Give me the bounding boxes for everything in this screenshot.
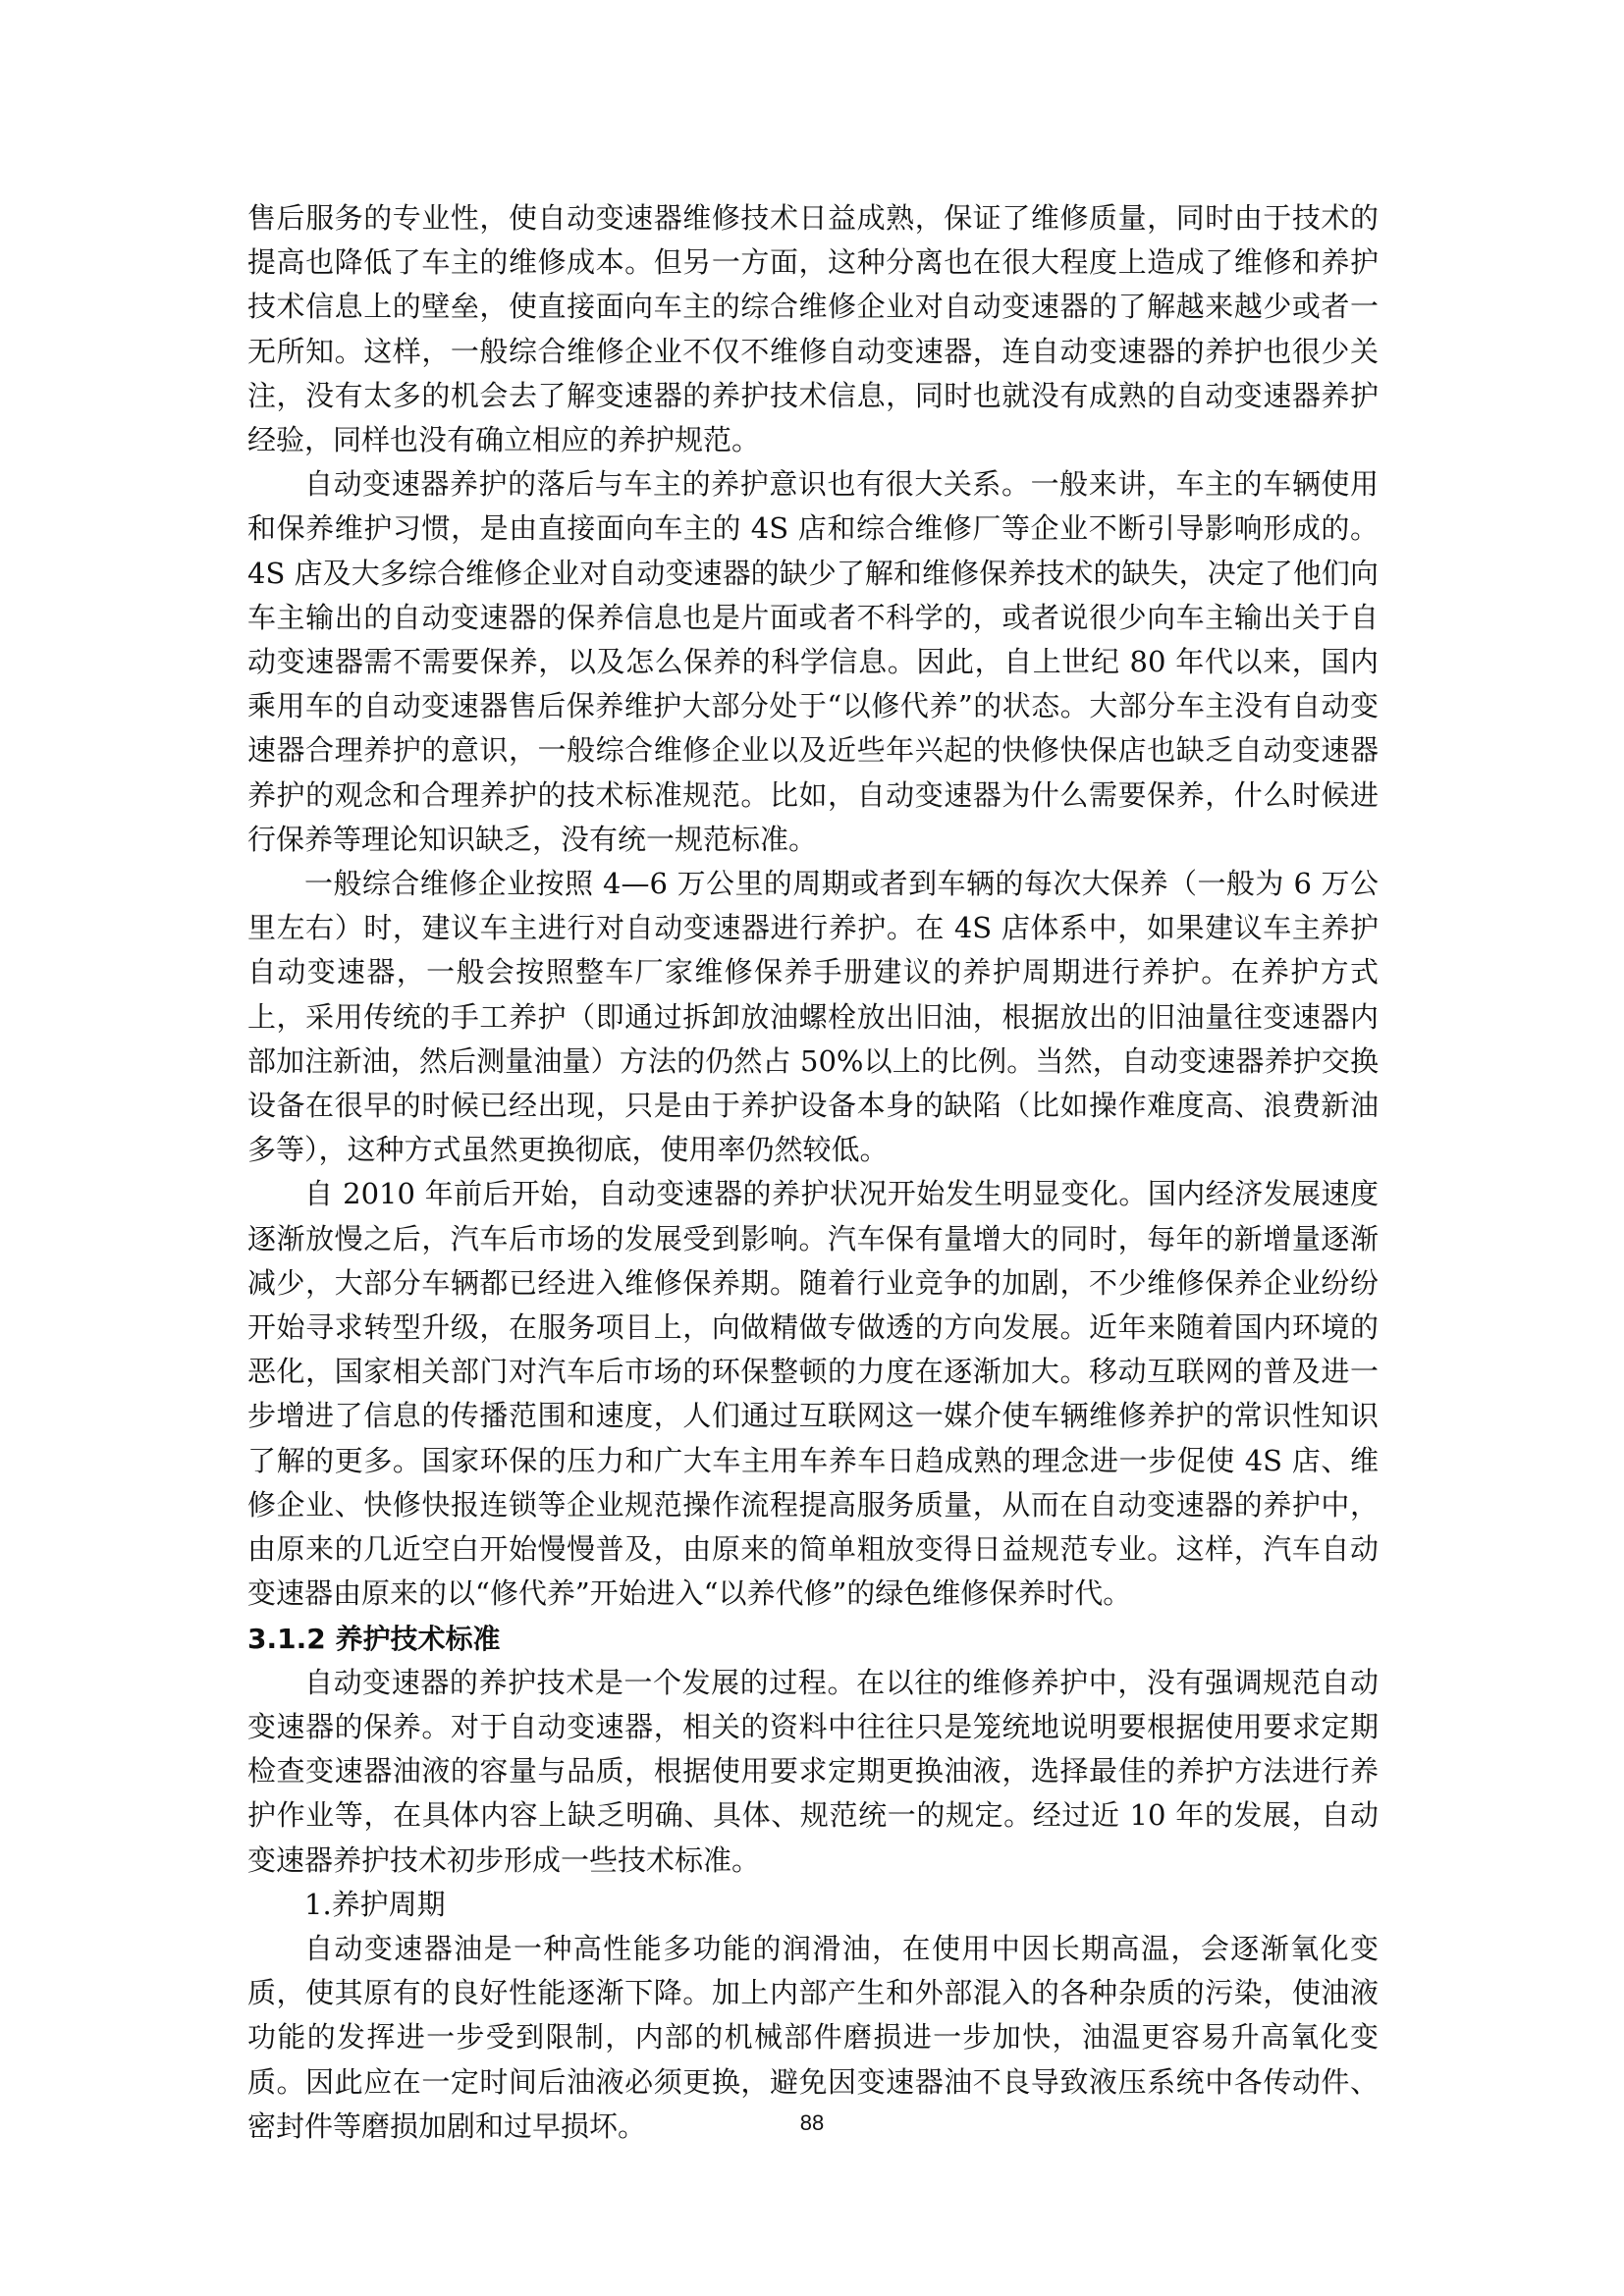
page-number: 88 [0, 2110, 1624, 2136]
subheading: 1.养护周期 [247, 1883, 1379, 1927]
paragraph-since-2010: 自 2010 年前后开始，自动变速器的养护状况开始发生明显变化。国内经济发展速度… [247, 1172, 1379, 1616]
paragraph-maintenance-cycle: 一般综合维修企业按照 4—6 万公里的周期或者到车辆的每次大保养（一般为 6 万… [247, 862, 1379, 1172]
paragraph-owner-awareness: 自动变速器养护的落后与车主的养护意识也有很大关系。一般来讲，车主的车辆使用和保养… [247, 462, 1379, 862]
document-page: 售后服务的专业性，使自动变速器维修技术日益成熟，保证了维修质量，同时由于技术的提… [247, 196, 1379, 2149]
paragraph-tech-standard: 自动变速器的养护技术是一个发展的过程。在以往的维修养护中，没有强调规范自动变速器… [247, 1661, 1379, 1883]
paragraph-continuation: 售后服务的专业性，使自动变速器维修技术日益成熟，保证了维修质量，同时由于技术的提… [247, 196, 1379, 462]
section-heading: 3.1.2 养护技术标准 [247, 1617, 1379, 1661]
